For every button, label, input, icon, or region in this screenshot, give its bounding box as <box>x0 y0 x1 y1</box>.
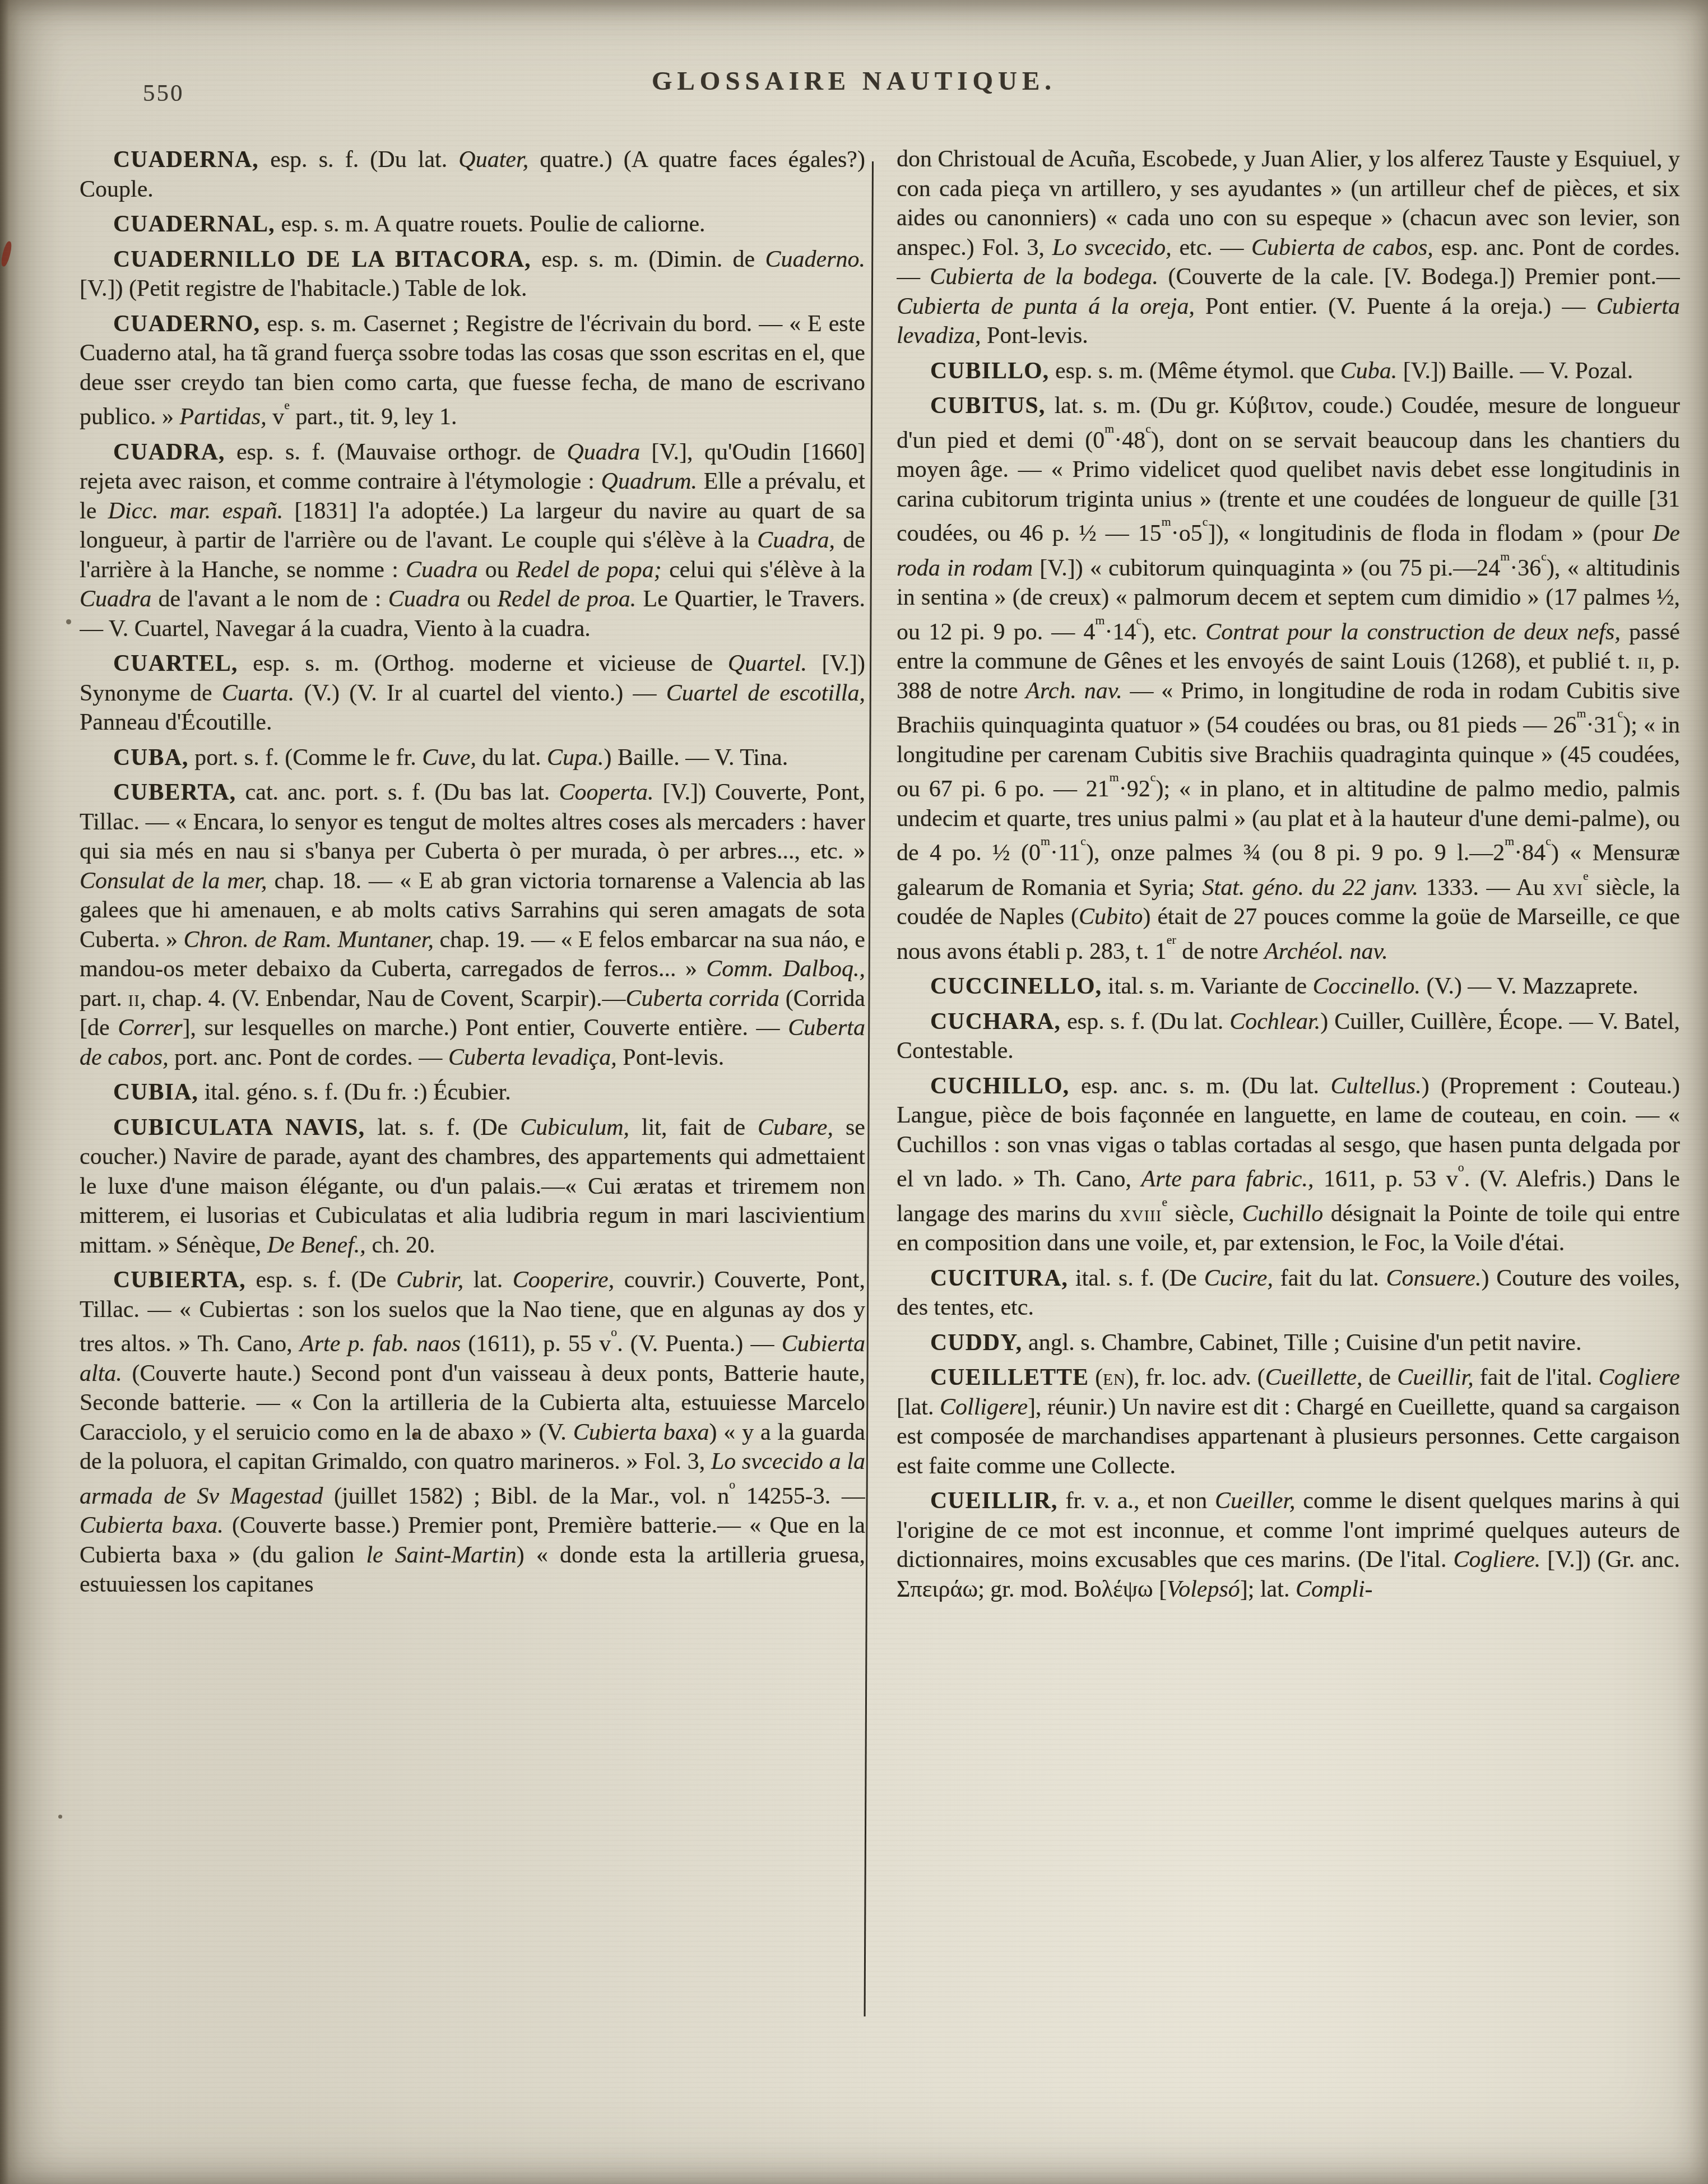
entry-paragraph: CUBIERTA, esp. s. f. (De Cubrir, lat. Co… <box>80 1265 865 1599</box>
entry-paragraph: CUCCINELLO, ital. s. m. Variante de Cocc… <box>897 971 1680 1001</box>
entry-paragraph: CUEILLETTE (en), fr. loc. adv. (Cueillet… <box>897 1362 1680 1481</box>
entry-paragraph: don Christoual de Acuña, Escobede, y Jua… <box>897 145 1680 351</box>
entry-paragraph: CUBIA, ital. géno. s. f. (Du fr. :) Écub… <box>80 1077 865 1107</box>
entry-paragraph: CUARTEL, esp. s. m. (Orthog. moderne et … <box>80 648 865 738</box>
paper-speck <box>66 619 71 624</box>
entry-paragraph: CUCHILLO, esp. anc. s. m. (Du lat. Culte… <box>897 1071 1680 1258</box>
scanned-book-page: 550 GLOSSAIRE NAUTIQUE. CUADERNA, esp. s… <box>0 0 1708 2184</box>
entry-paragraph: CUDDY, angl. s. Chambre, Cabinet, Tille … <box>897 1328 1680 1358</box>
paper-speck <box>58 1815 62 1819</box>
entry-paragraph: CUCITURA, ital. s. f. (De Cucire, fait d… <box>897 1263 1680 1323</box>
entry-paragraph: CUADERNAL, esp. s. m. A quatre rouets. P… <box>80 209 865 239</box>
column-right: don Christoual de Acuña, Escobede, y Jua… <box>897 145 1680 2162</box>
entry-paragraph: CUADRA, esp. s. f. (Mauvaise orthogr. de… <box>80 437 865 644</box>
page-gutter-shadow <box>0 0 9 2184</box>
entry-paragraph: CUBICULATA NAVIS, lat. s. f. (De Cubicul… <box>80 1112 865 1260</box>
column-left: CUADERNA, esp. s. f. (Du lat. Quater, qu… <box>80 145 865 2162</box>
entry-paragraph: CUADERNILLO DE LA BITACORA, esp. s. m. (… <box>80 244 865 304</box>
entry-paragraph: CUBITUS, lat. s. m. (Du gr. Κύβιτον, cou… <box>897 391 1680 966</box>
entry-paragraph: CUADERNO, esp. s. m. Casernet ; Registre… <box>80 309 865 432</box>
column-divider-rule <box>864 161 874 2016</box>
entry-paragraph: CUEILLIR, fr. v. a., et non Cueiller, co… <box>897 1486 1680 1604</box>
entry-paragraph: CUADERNA, esp. s. f. (Du lat. Quater, qu… <box>80 145 865 204</box>
entry-paragraph: CUBA, port. s. f. (Comme le fr. Cuve, du… <box>80 743 865 773</box>
entry-paragraph: CUCHARA, esp. s. f. (Du lat. Cochlear.) … <box>897 1007 1680 1066</box>
entry-paragraph: CUBERTA, cat. anc. port. s. f. (Du bas l… <box>80 777 865 1072</box>
page-title: GLOSSAIRE NAUTIQUE. <box>0 66 1708 96</box>
entry-paragraph: CUBILLO, esp. s. m. (Même étymol. que Cu… <box>897 356 1680 386</box>
